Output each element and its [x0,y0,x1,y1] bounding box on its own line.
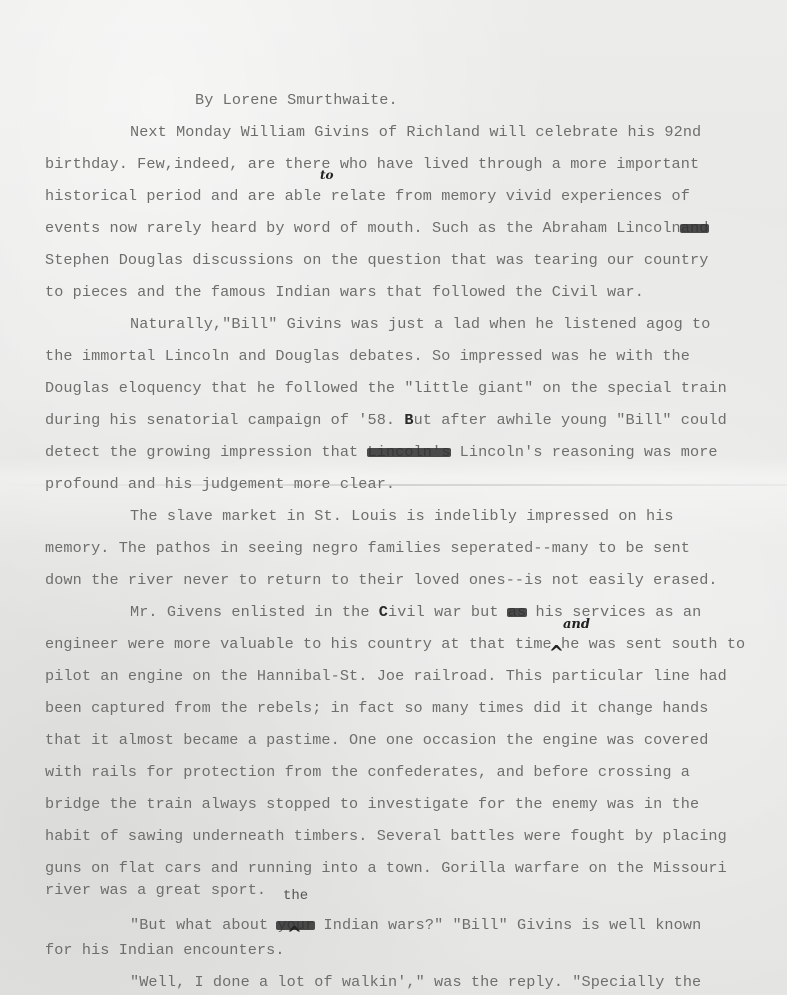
text-segment: Mr. Givens enlisted in the [130,603,379,621]
text-line: river was a great sport. [45,880,266,900]
text-line: events now rarely heard by word of mouth… [45,218,708,238]
text-line: Naturally,"Bill" Givins was just a lad w… [130,314,710,334]
text-segment: events now rarely heard by word of mouth… [45,219,681,237]
text-segment: ivil war but [388,603,508,621]
text-segment: Indian wars?" "Bill" Givins is well know… [314,916,701,934]
struck-word: Lincoln's [368,443,451,461]
text-line: memory. The pathos in seeing negro famil… [45,538,690,558]
text-line: bridge the train always stopped to inves… [45,794,699,814]
text-line: detect the growing impression that Linco… [45,442,718,462]
text-line: down the river never to return to their … [45,570,718,590]
text-segment: historical period and are able [45,187,321,205]
text-line: "Well, I done a lot of walkin'," was the… [130,972,701,992]
byline: By Lorene Smurthwaite. [195,90,398,110]
text-segment: Lincoln's reasoning was more [450,443,717,461]
insertion-caret: ^ [549,641,564,665]
text-segment: during his senatorial campaign of '58. [45,411,404,429]
typed-insert-the: the [283,888,308,904]
text-segment: detect the growing impression that [45,443,368,461]
text-line: historical period and are able relate fr… [45,186,690,206]
handwritten-insert-and: and [563,617,590,632]
text-line: birthday. Few,indeed, are there who have… [45,154,699,174]
text-line: engineer were more valuable to his count… [45,634,745,654]
typewritten-page: By Lorene Smurthwaite. Next Monday Willi… [0,0,787,995]
text-line: guns on flat cars and running into a tow… [45,858,727,878]
text-line: been captured from the rebels; in fact s… [45,698,708,718]
struck-word: as [508,603,526,621]
text-line: Stephen Douglas discussions on the quest… [45,250,708,270]
text-line: during his senatorial campaign of '58. B… [45,410,727,430]
text-line: habit of sawing underneath timbers. Seve… [45,826,727,846]
text-line: with rails for protection from the confe… [45,762,690,782]
inked-letter: B [404,411,413,429]
text-line: Mr. Givens enlisted in the Civil war but… [130,602,701,622]
text-segment: "But what about [130,916,277,934]
text-line: the immortal Lincoln and Douglas debates… [45,346,690,366]
inked-letter: C [379,603,388,621]
text-line: to pieces and the famous Indian wars tha… [45,282,644,302]
text-line: pilot an engine on the Hannibal-St. Joe … [45,666,727,686]
struck-word: and [681,219,709,237]
text-line: "But what about your Indian wars?" "Bill… [130,915,701,935]
handwritten-insert-to: to [320,168,334,182]
text-line: Douglas eloquency that he followed the "… [45,378,727,398]
text-segment: relate from memory vivid experiences of [331,187,690,205]
text-segment: ut after awhile young "Bill" could [414,411,727,429]
text-line: for his Indian encounters. [45,940,285,960]
text-line: The slave market in St. Louis is indelib… [130,506,674,526]
text-line: that it almost became a pastime. One one… [45,730,708,750]
text-line: Next Monday William Givins of Richland w… [130,122,701,142]
text-segment: his services as an [526,603,701,621]
text-line: profound and his judgement more clear. [45,474,395,494]
insertion-caret: ^ [287,922,302,946]
